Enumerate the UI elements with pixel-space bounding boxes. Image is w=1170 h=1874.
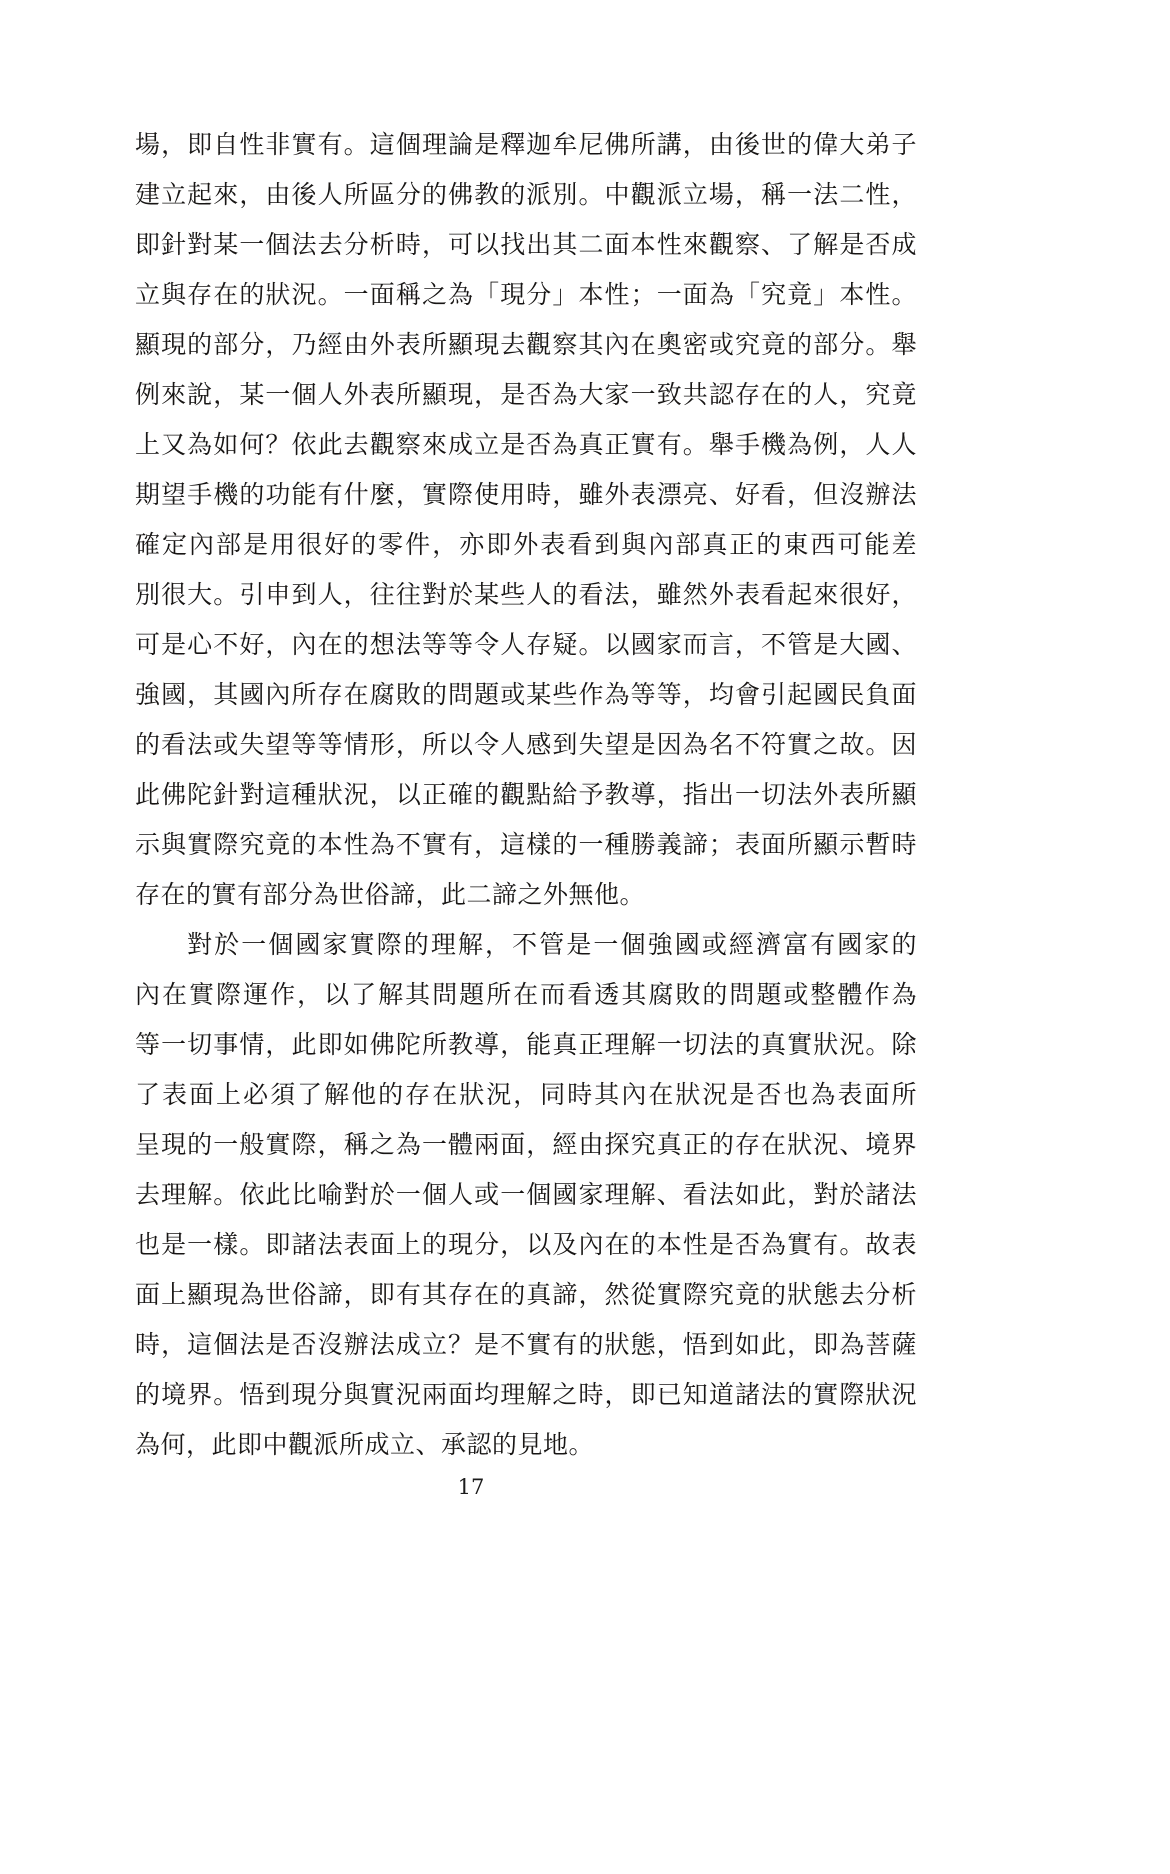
text-line: 了表面上必須了解他的存在狀況，同時其內在狀況是否也為表面所 — [135, 1070, 917, 1120]
text-line: 等一切事情，此即如佛陀所教導，能真正理解一切法的真實狀況。除 — [135, 1020, 917, 1070]
page-number: 17 — [80, 1472, 862, 1502]
text-line: 為何，此即中觀派所成立、承認的見地。 — [135, 1420, 917, 1470]
text-line: 確定內部是用很好的零件，亦即外表看到與內部真正的東西可能差 — [135, 520, 917, 570]
paragraph-2: 對於一個國家實際的理解，不管是一個強國或經濟富有國家的 內在實際運作，以了解其問… — [135, 920, 917, 1470]
text-line: 別很大。引申到人，往往對於某些人的看法，雖然外表看起來很好， — [135, 570, 917, 620]
text-line: 內在實際運作，以了解其問題所在而看透其腐敗的問題或整體作為 — [135, 970, 917, 1020]
text-line: 顯現的部分，乃經由外表所顯現去觀察其內在奧密或究竟的部分。舉 — [135, 320, 917, 370]
text-line: 立與存在的狀況。一面稱之為「現分」本性；一面為「究竟」本性。 — [135, 270, 917, 320]
text-line: 去理解。依此比喻對於一個人或一個國家理解、看法如此，對於諸法 — [135, 1170, 917, 1220]
text-line: 面上顯現為世俗諦，即有其存在的真諦，然從實際究竟的狀態去分析 — [135, 1270, 917, 1320]
text-line: 可是心不好，內在的想法等等令人存疑。以國家而言，不管是大國、 — [135, 620, 917, 670]
text-line: 的境界。悟到現分與實況兩面均理解之時，即已知道諸法的實際狀況 — [135, 1370, 917, 1420]
text-block: 場，即自性非實有。這個理論是釋迦牟尼佛所講，由後世的偉大弟子 建立起來，由後人所… — [135, 120, 917, 1470]
text-line: 上又為如何？依此去觀察來成立是否為真正實有。舉手機為例，人人 — [135, 420, 917, 470]
text-line: 建立起來，由後人所區分的佛教的派別。中觀派立場，稱一法二性， — [135, 170, 917, 220]
text-line: 此佛陀針對這種狀況，以正確的觀點給予教導，指出一切法外表所顯 — [135, 770, 917, 820]
text-line: 對於一個國家實際的理解，不管是一個強國或經濟富有國家的 — [135, 920, 917, 970]
text-line: 期望手機的功能有什麼，實際使用時，雖外表漂亮、好看，但沒辦法 — [135, 470, 917, 520]
text-line: 的看法或失望等等情形，所以令人感到失望是因為名不符實之故。因 — [135, 720, 917, 770]
text-line: 存在的實有部分為世俗諦，此二諦之外無他。 — [135, 870, 917, 920]
text-line: 場，即自性非實有。這個理論是釋迦牟尼佛所講，由後世的偉大弟子 — [135, 120, 917, 170]
paragraph-1: 場，即自性非實有。這個理論是釋迦牟尼佛所講，由後世的偉大弟子 建立起來，由後人所… — [135, 120, 917, 920]
text-line: 強國，其國內所存在腐敗的問題或某些作為等等，均會引起國民負面 — [135, 670, 917, 720]
text-line: 即針對某一個法去分析時，可以找出其二面本性來觀察、了解是否成 — [135, 220, 917, 270]
text-line: 也是一樣。即諸法表面上的現分，以及內在的本性是否為實有。故表 — [135, 1220, 917, 1270]
text-line: 例來說，某一個人外表所顯現，是否為大家一致共認存在的人，究竟 — [135, 370, 917, 420]
text-line: 時，這個法是否沒辦法成立？是不實有的狀態，悟到如此，即為菩薩 — [135, 1320, 917, 1370]
text-line: 示與實際究竟的本性為不實有，這樣的一種勝義諦；表面所顯示暫時 — [135, 820, 917, 870]
document-page: 場，即自性非實有。這個理論是釋迦牟尼佛所講，由後世的偉大弟子 建立起來，由後人所… — [0, 0, 1170, 1874]
text-line: 呈現的一般實際，稱之為一體兩面，經由探究真正的存在狀況、境界 — [135, 1120, 917, 1170]
